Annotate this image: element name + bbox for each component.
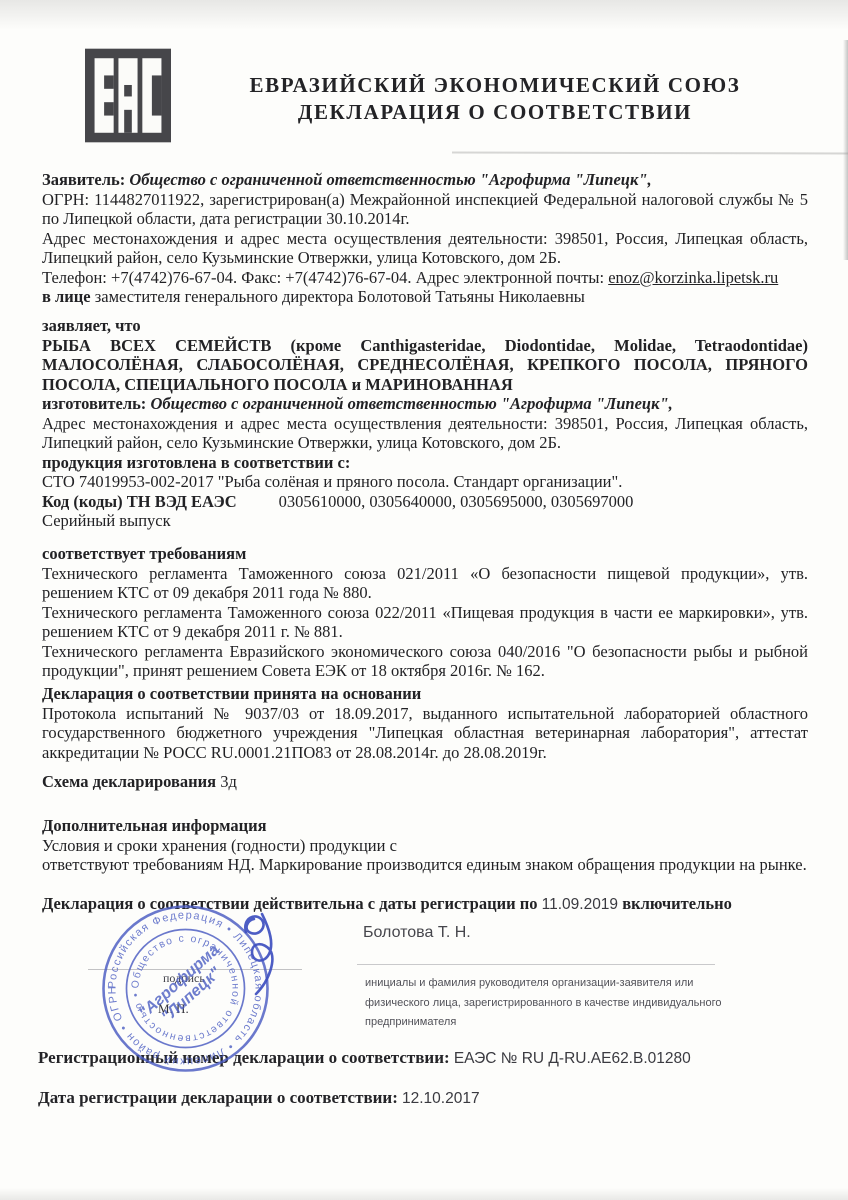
issue-type: Серийный выпуск: [42, 511, 808, 531]
manufacturer-name: Общество с ограниченной ответственностью…: [150, 394, 672, 413]
signer-name: Болотова Т. Н.: [363, 924, 471, 942]
production-standard: СТО 74019953-002-2017 "Рыба солёная и пр…: [42, 472, 808, 492]
scheme-value: 3д: [220, 772, 237, 791]
page-title-line1: ЕВРАЗИЙСКИЙ ЭКОНОМИЧЕСКИЙ СОЮЗ: [195, 72, 795, 99]
signer-explanation-line: физического лица, зарегистрированного в …: [365, 994, 735, 1014]
page-title-line2: ДЕКЛАРАЦИЯ О СООТВЕТСТВИИ: [195, 99, 795, 126]
signer-explanation-line: инициалы и фамилия руководителя организа…: [365, 974, 735, 994]
additional-line2: ответствуют требованиям НД. Маркирование…: [42, 855, 808, 875]
registration-number-value: ЕАЭС № RU Д-RU.АЕ62.В.01280: [454, 1050, 691, 1067]
compliance-section: соответствует требованиям Технического р…: [42, 544, 808, 681]
basis-section: Декларация о соответствии принята на осн…: [42, 684, 808, 762]
tnved-label: Код (коды) ТН ВЭД ЕАЭС: [42, 492, 237, 511]
signer-underline: [357, 964, 715, 965]
applicant-name: Общество с ограниченной ответственностью…: [129, 170, 651, 189]
applicant-label: Заявитель:: [42, 170, 125, 189]
document-header: ЕВРАЗИЙСКИЙ ЭКОНОМИЧЕСКИЙ СОЮЗ ДЕКЛАРАЦИ…: [195, 72, 795, 126]
applicant-representative: в лице заместителя генерального директор…: [42, 287, 808, 307]
manufacturer-label: изготовитель:: [42, 394, 146, 413]
scheme-line: Схема декларирования 3д: [42, 772, 808, 792]
scanned-declaration-page: ЕВРАЗИЙСКИЙ ЭКОНОМИЧЕСКИЙ СОЮЗ ДЕКЛАРАЦИ…: [0, 0, 848, 1200]
tnved-line: Код (коды) ТН ВЭД ЕАЭС0305610000, 030564…: [42, 492, 808, 512]
manufacturer-line: изготовитель: Общество с ограниченной от…: [42, 394, 808, 414]
registration-date-line: Дата регистрации декларации о соответств…: [38, 1088, 804, 1109]
representative-label: в лице: [42, 287, 91, 306]
applicant-line: Заявитель: Общество с ограниченной ответ…: [42, 170, 808, 190]
representative-text: заместителя генерального директора Болот…: [95, 287, 585, 306]
basis-heading: Декларация о соответствии принята на осн…: [42, 684, 808, 704]
applicant-contacts: Телефон: +7(4742)76-67-04. Факс: +7(4742…: [42, 268, 808, 288]
compliance-heading: соответствует требованиям: [42, 544, 808, 564]
registration-date-value: 12.10.2017: [402, 1090, 480, 1107]
additional-info-section: Дополнительная информация Условия и срок…: [42, 816, 808, 875]
scheme-label: Схема декларирования: [42, 772, 216, 791]
scheme-section: Схема декларирования 3д: [42, 772, 808, 792]
eac-logo: [85, 48, 171, 143]
validity-suffix: включительно: [622, 894, 732, 913]
regulation-item: Технического регламента Таможенного союз…: [42, 564, 808, 603]
made-per-heading: продукция изготовлена в соответствии с:: [42, 453, 808, 473]
tnved-codes: 0305610000, 0305640000, 0305695000, 0305…: [279, 492, 634, 511]
scan-artifact-crease: [452, 151, 848, 154]
declares-heading: заявляет, что: [42, 316, 808, 336]
product-name: РЫБА ВСЕХ СЕМЕЙСТВ (кроме Canthigasterid…: [42, 336, 808, 395]
additional-heading: Дополнительная информация: [42, 816, 808, 836]
basis-text: Протокола испытаний № 9037/03 от 18.09.2…: [42, 704, 808, 763]
signature: [212, 906, 312, 1001]
registration-date-label: Дата регистрации декларации о соответств…: [38, 1088, 398, 1107]
applicant-section: Заявитель: Общество с ограниченной ответ…: [42, 170, 808, 307]
validity-date: 11.09.2019: [542, 896, 618, 913]
signer-explanation-line: предпринимателя: [365, 1013, 735, 1033]
signer-explanation: инициалы и фамилия руководителя организа…: [365, 974, 735, 1033]
regulation-item: Технического регламента Таможенного союз…: [42, 603, 808, 642]
applicant-ogrn: ОГРН: 1144827011922, зарегистрирован(а) …: [42, 190, 808, 229]
scan-artifact-bottom-edge: [0, 1188, 848, 1200]
scan-artifact-right-edge: [843, 40, 848, 260]
manufacturer-address: Адрес местонахождения и адрес места осущ…: [42, 414, 808, 453]
applicant-address: Адрес местонахождения и адрес места осущ…: [42, 229, 808, 268]
applicant-email: enoz@korzinka.lipetsk.ru: [608, 268, 778, 287]
registration-date-section: Дата регистрации декларации о соответств…: [38, 1088, 804, 1109]
regulation-item: Технического регламента Евразийского эко…: [42, 642, 808, 681]
additional-line1: Условия и сроки хранения (годности) прод…: [42, 836, 808, 856]
product-section: заявляет, что РЫБА ВСЕХ СЕМЕЙСТВ (кроме …: [42, 316, 808, 531]
applicant-contacts-text: Телефон: +7(4742)76-67-04. Факс: +7(4742…: [42, 268, 604, 287]
